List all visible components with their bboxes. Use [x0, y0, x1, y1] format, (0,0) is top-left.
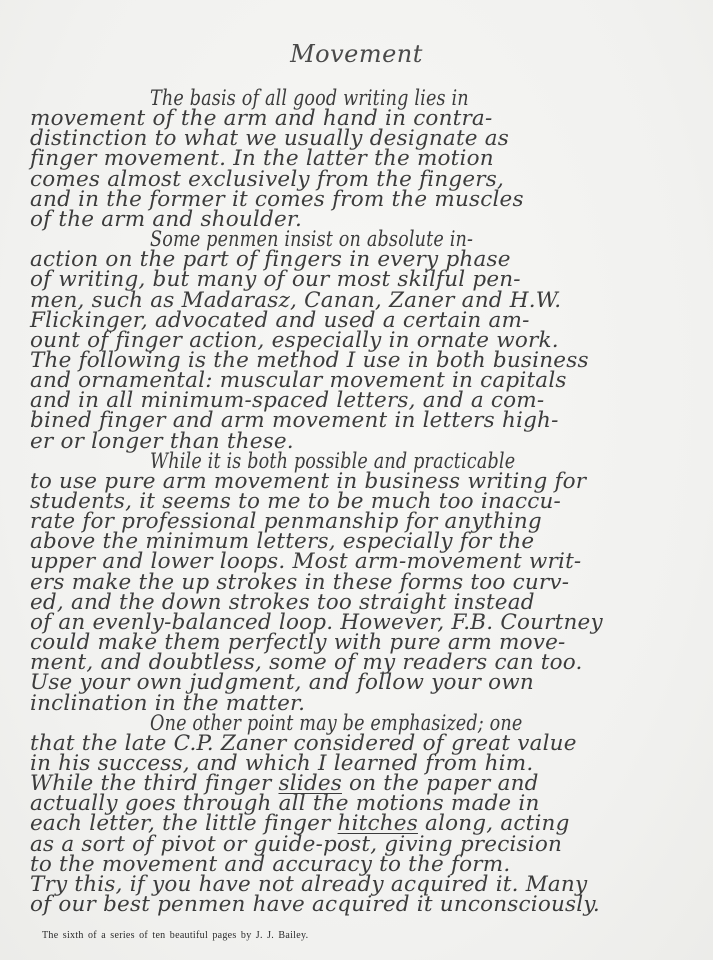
text-line: of our best penmen have acquired it unco…: [30, 892, 690, 917]
page-title: Movement: [0, 40, 713, 68]
document-page: Movement The basis of all good writing l…: [0, 0, 713, 960]
caption: The sixth of a series of ten beautiful p…: [42, 930, 308, 941]
